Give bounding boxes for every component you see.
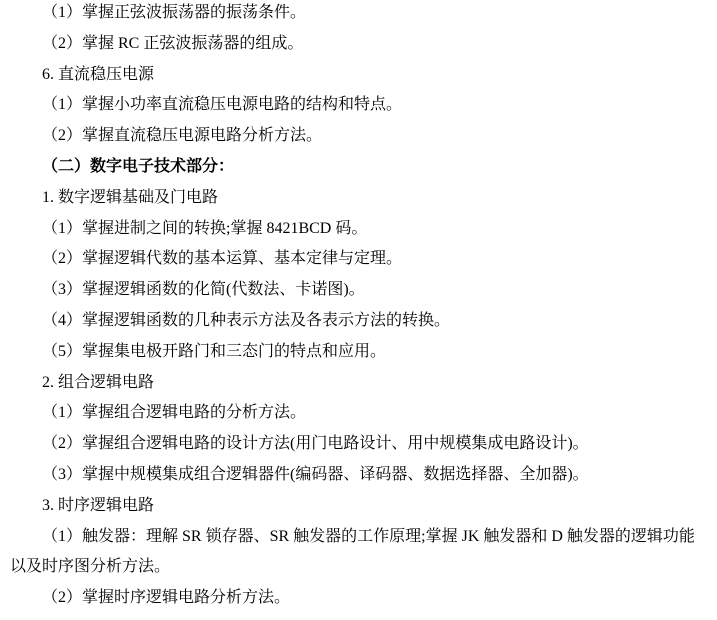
doc-line: （3）掌握逻辑函数的化简(代数法、卡诺图)。 [10,275,709,306]
doc-line: （1）掌握正弦波振荡器的振荡条件。 [10,0,709,29]
doc-section-number: 2. 组合逻辑电路 [10,368,709,399]
doc-line: （2）掌握时序逻辑电路分析方法。 [10,583,709,614]
doc-line: （3）掌握中规模集成组合逻辑器件(编码器、译码器、数据选择器、全加器)。 [10,460,709,491]
doc-line: （2）掌握组合逻辑电路的设计方法(用门电路设计、用中规模集成电路设计)。 [10,429,709,460]
doc-section-number: 6. 直流稳压电源 [10,60,709,91]
doc-line: （2）掌握逻辑代数的基本运算、基本定律与定理。 [10,244,709,275]
doc-line: （1）触发器：理解 SR 锁存器、SR 触发器的工作原理;掌握 JK 触发器和 … [10,522,709,584]
doc-section-number: 3. 时序逻辑电路 [10,491,709,522]
doc-line: （1）掌握小功率直流稳压电源电路的结构和特点。 [10,90,709,121]
doc-line: （5）掌握集电极开路门和三态门的特点和应用。 [10,337,709,368]
doc-line: （2）掌握 RC 正弦波振荡器的组成。 [10,29,709,60]
doc-line: （1）掌握组合逻辑电路的分析方法。 [10,398,709,429]
document-page: （1）掌握正弦波振荡器的振荡条件。 （2）掌握 RC 正弦波振荡器的组成。 6.… [0,0,717,618]
doc-line: （2）掌握直流稳压电源电路分析方法。 [10,121,709,152]
doc-section-number: 1. 数字逻辑基础及门电路 [10,183,709,214]
doc-section-heading: （二）数字电子技术部分： [10,152,709,183]
doc-line: （1）掌握进制之间的转换;掌握 8421BCD 码。 [10,214,709,245]
doc-line: （4）掌握逻辑函数的几种表示方法及各表示方法的转换。 [10,306,709,337]
